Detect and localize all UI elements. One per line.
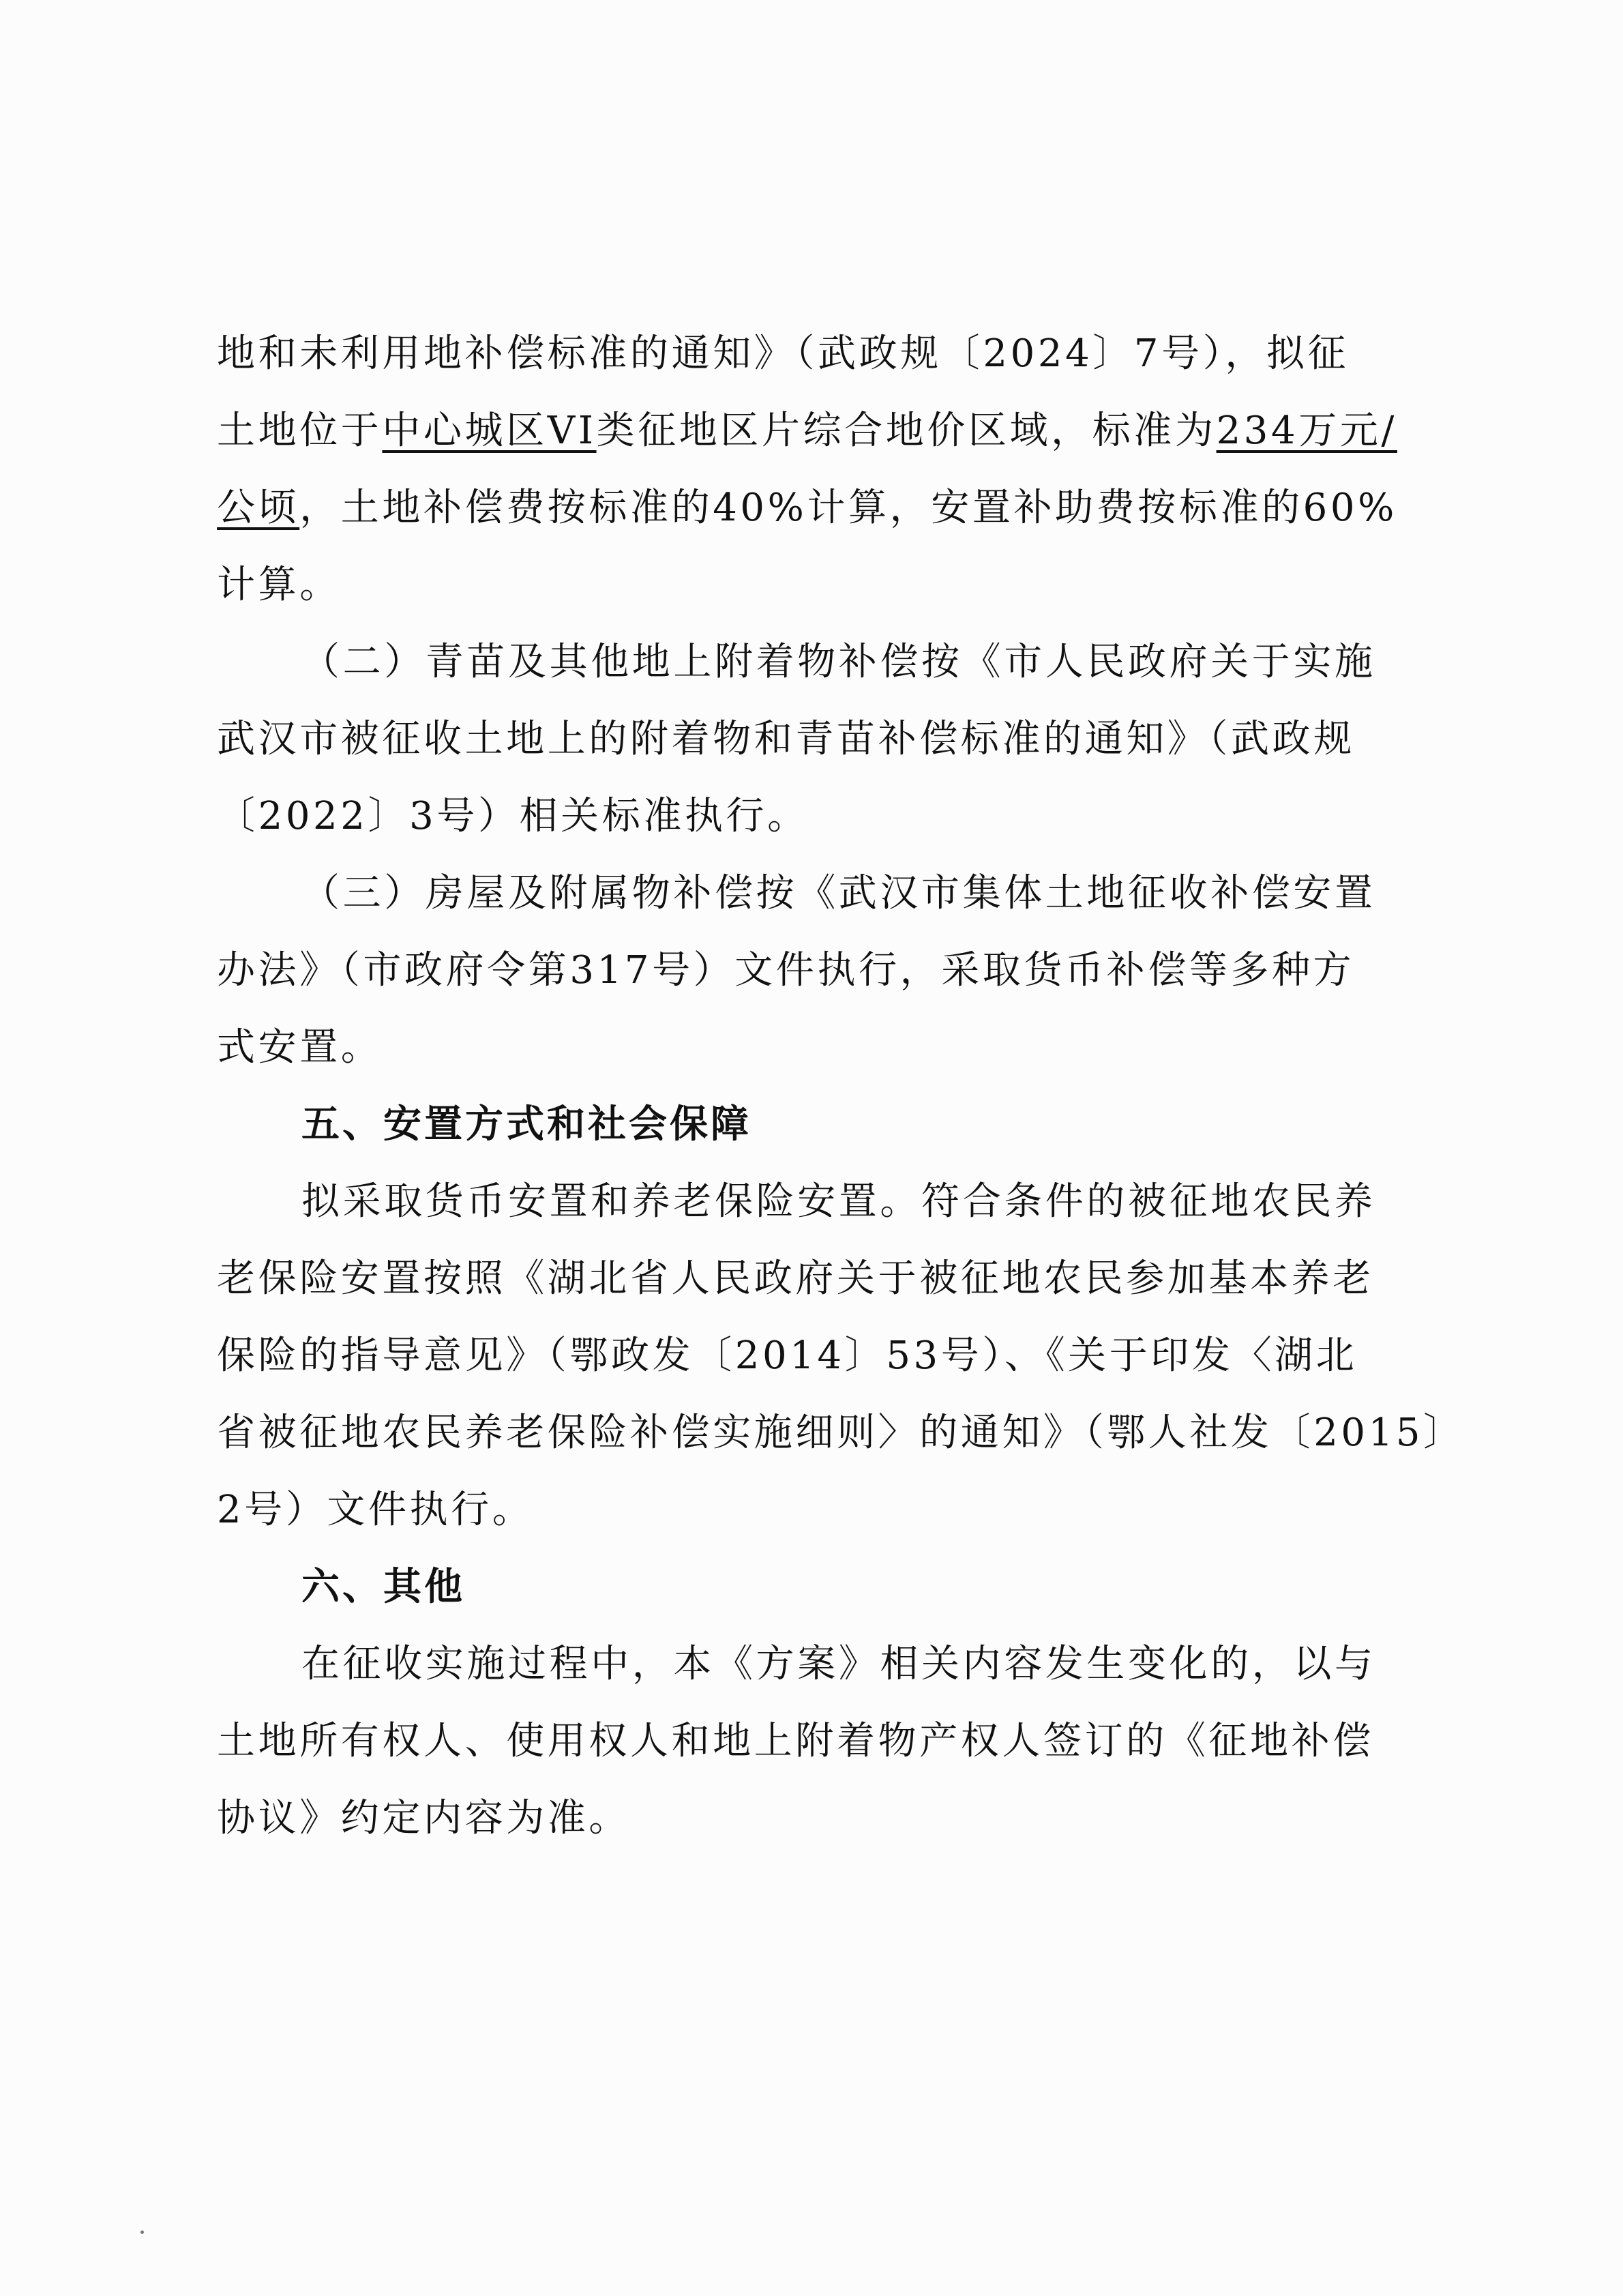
body-line: 在征收实施过程中，本《方案》相关内容发生变化的，以与 xyxy=(217,1625,1417,1703)
body-line: 土地位于中心城区VI类征地区片综合地价区域，标准为234万元/ xyxy=(217,392,1417,469)
body-line: 式安置。 xyxy=(217,1009,1417,1086)
body-line: （二）青苗及其他地上附着物补偿按《市人民政府关于实施 xyxy=(217,623,1417,701)
text-segment: 类征地区片综合地价区域，标准为 xyxy=(597,392,1217,469)
body-line: 武汉市被征收土地上的附着物和青苗补偿标准的通知》（武政规 xyxy=(217,701,1417,778)
body-line: 〔2022〕3号）相关标准执行。 xyxy=(217,778,1417,855)
body-line: 土地所有权人、使用权人和地上附着物产权人签订的《征地补偿 xyxy=(217,1703,1417,1780)
body-line: （三）房屋及附属物补偿按《武汉市集体土地征收补偿安置 xyxy=(217,855,1417,932)
body-line: 老保险安置按照《湖北省人民政府关于被征地农民参加基本养老 xyxy=(217,1240,1417,1317)
text-segment: ，土地补偿费按标准的40%计算，安置补助费按标准的60% xyxy=(299,469,1397,546)
body-line: 地和未利用地补偿标准的通知》（武政规〔2024〕7号），拟征 xyxy=(217,315,1417,392)
underlined-zone: 中心城区VI xyxy=(382,392,596,469)
body-line: 拟采取货币安置和养老保险安置。符合条件的被征地农民养 xyxy=(217,1163,1417,1240)
scan-artifact xyxy=(140,2231,144,2234)
body-line: 计算。 xyxy=(217,546,1417,623)
underlined-price: 234万元/ xyxy=(1217,392,1397,469)
document-page: 地和未利用地补偿标准的通知》（武政规〔2024〕7号），拟征 土地位于中心城区V… xyxy=(217,315,1417,1857)
body-line: 保险的指导意见》（鄂政发〔2014〕53号）、《关于印发〈湖北 xyxy=(217,1317,1417,1394)
section-heading: 五、安置方式和社会保障 xyxy=(217,1086,1417,1163)
body-line: 省被征地农民养老保险补偿实施细则〉的通知》（鄂人社发〔2015〕 xyxy=(217,1394,1417,1471)
body-line: 2号）文件执行。 xyxy=(217,1471,1417,1548)
section-heading: 六、其他 xyxy=(217,1548,1417,1625)
underlined-unit: 公顷 xyxy=(217,469,299,546)
body-line: 公顷，土地补偿费按标准的40%计算，安置补助费按标准的60% xyxy=(217,469,1417,546)
text-segment: 土地位于 xyxy=(217,392,382,469)
body-line: 协议》约定内容为准。 xyxy=(217,1780,1417,1857)
body-line: 办法》（市政府令第317号）文件执行，采取货币补偿等多种方 xyxy=(217,932,1417,1009)
